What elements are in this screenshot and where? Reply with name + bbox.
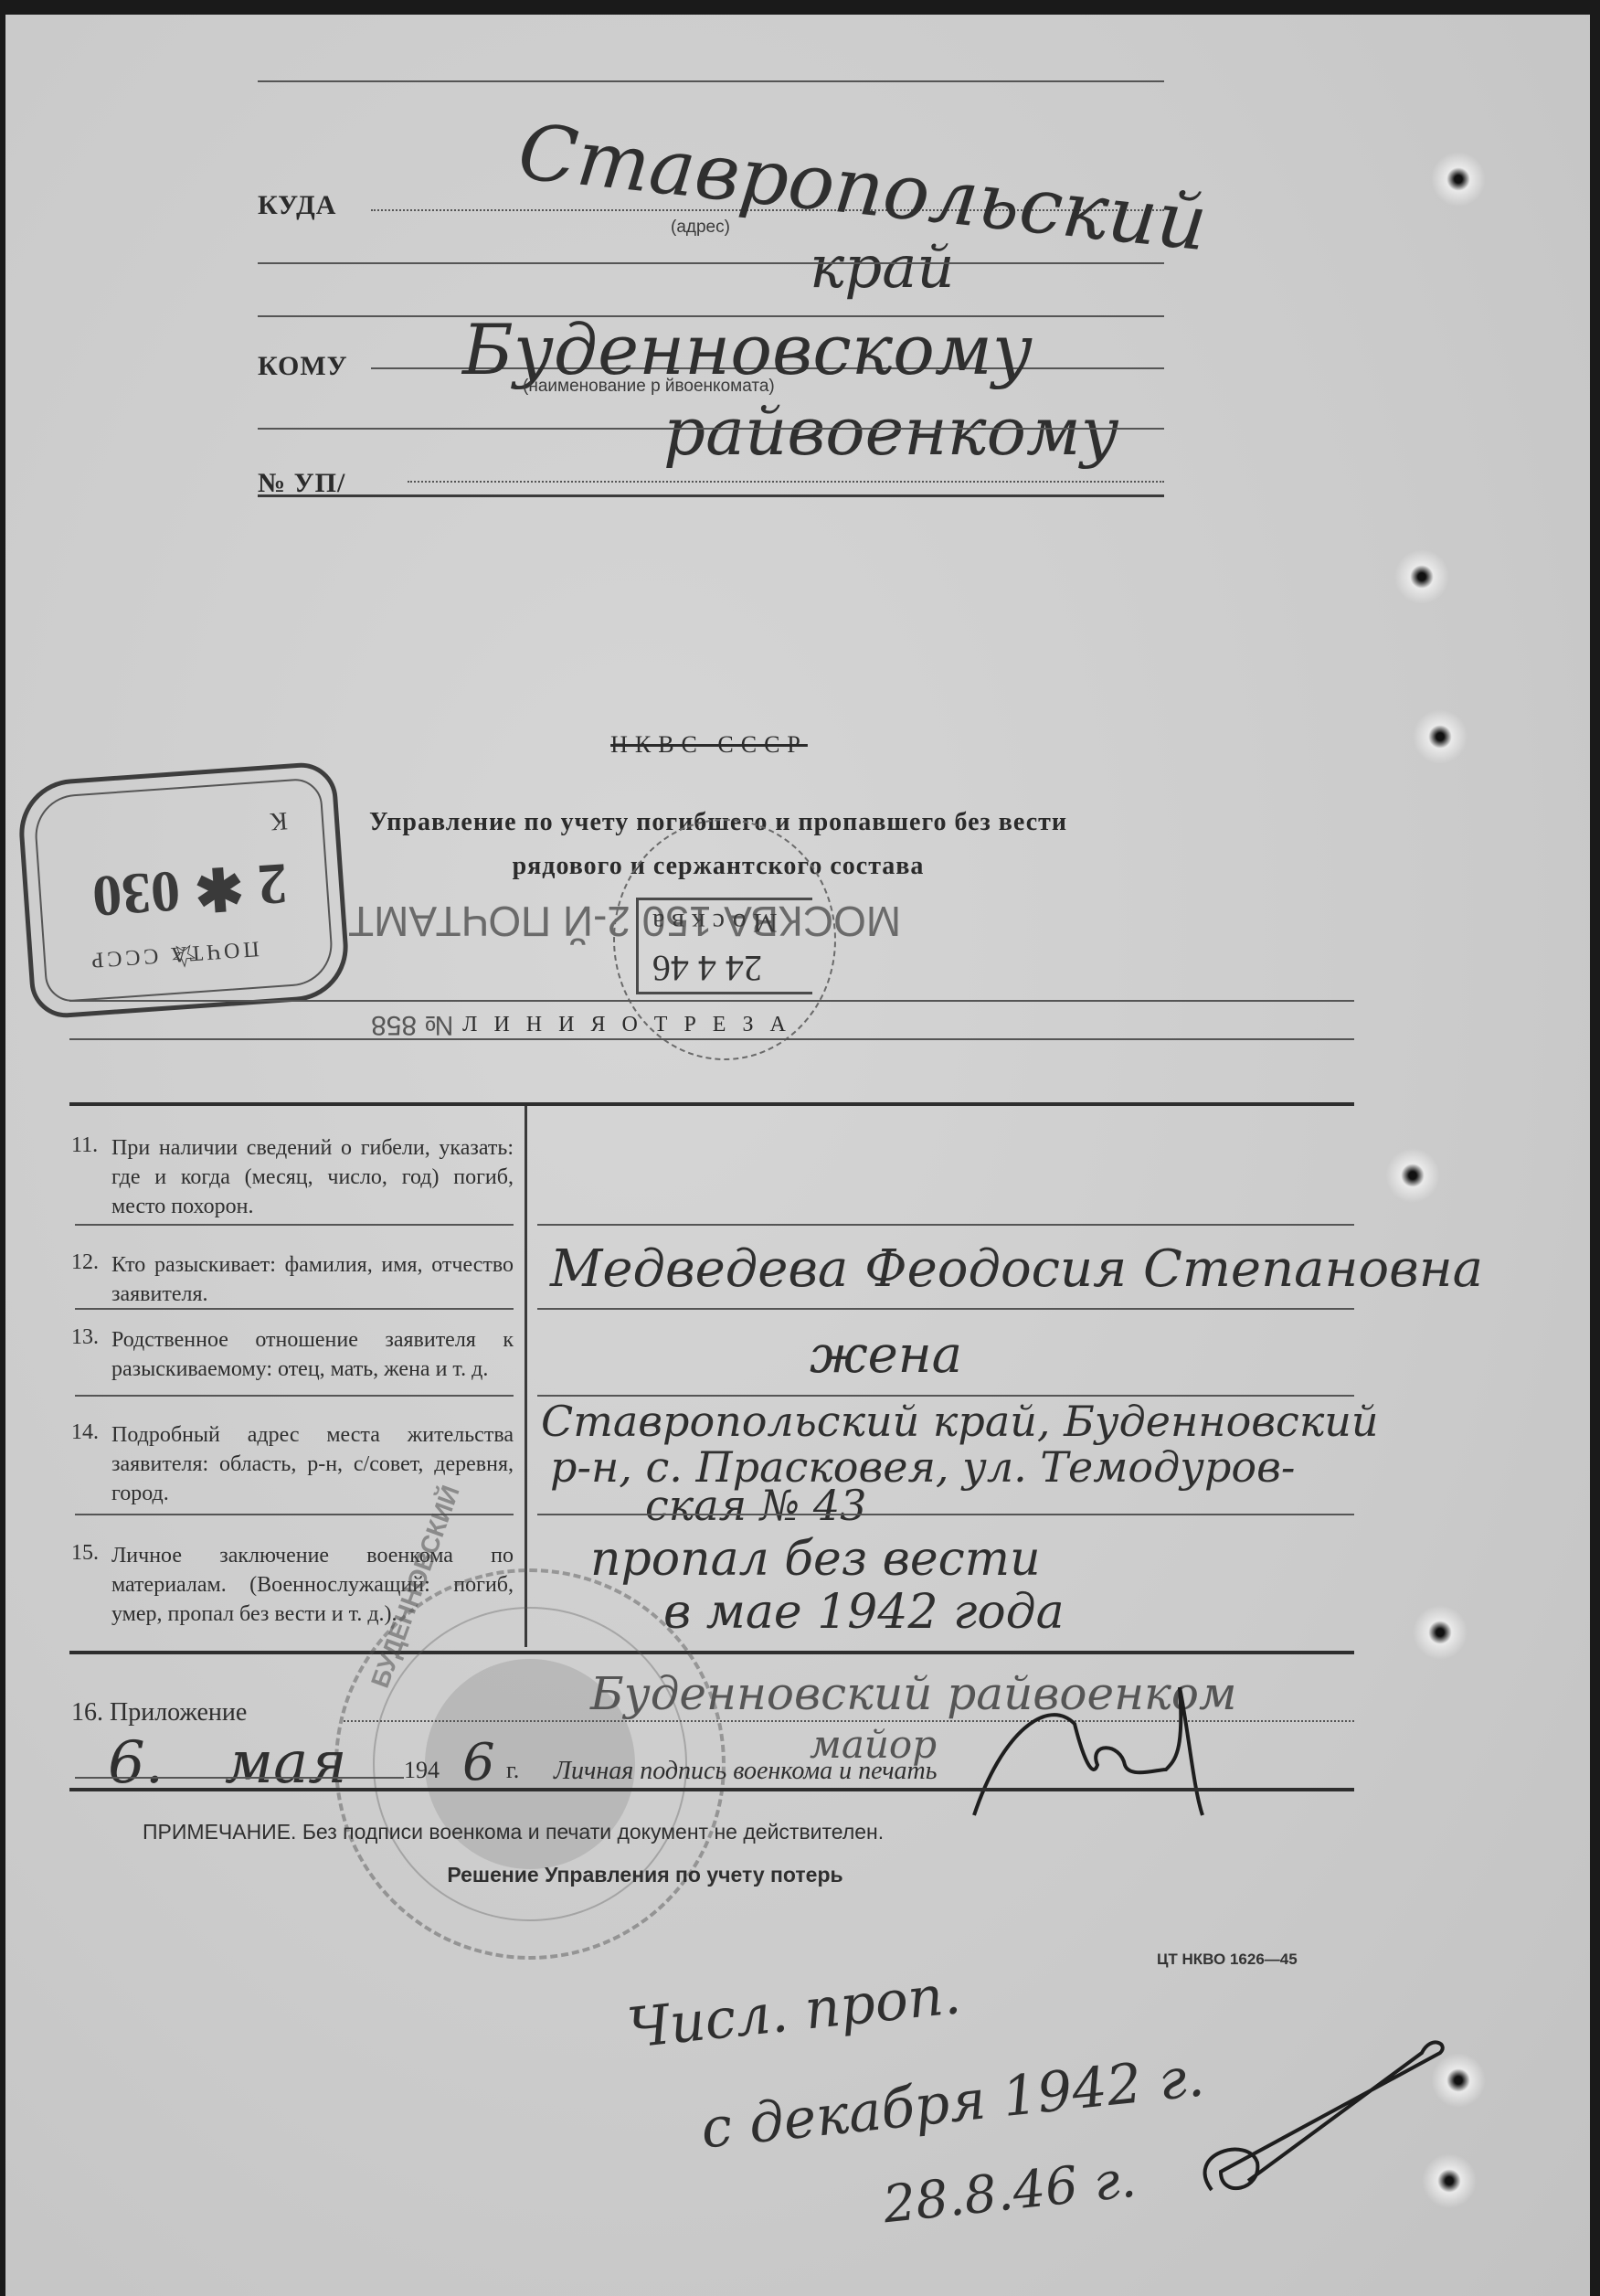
punch-hole: [1422, 2153, 1477, 2208]
decision-heading: Решение Управления по учету потерь: [280, 1863, 1011, 1887]
note: ПРИМЕЧАНИЕ. Без подписи военкома и печат…: [143, 1820, 884, 1844]
date-year-prefix: 194: [404, 1757, 440, 1784]
kuda-value-2: край: [810, 234, 955, 302]
komu-label: КОМУ: [258, 351, 348, 382]
row-12-rule-left: [75, 1308, 514, 1310]
punch-hole: [1431, 152, 1486, 207]
punch-hole: [1413, 709, 1468, 764]
row-15-answer-1: пропал без вести: [590, 1532, 1041, 1587]
postage-stamp: 2 ✱ 030 ПОЧТА СССР К ☆: [16, 760, 351, 1020]
table-column-divider: [525, 1106, 527, 1647]
row-15-number: 15.: [71, 1541, 99, 1566]
decision-line-3: 28.8.46 г.: [880, 2150, 1139, 2236]
row-11-rule-left: [75, 1224, 514, 1226]
print-code: ЦТ НКВО 1626—45: [1157, 1951, 1298, 1969]
top-rule: [258, 80, 1164, 82]
date-g: г.: [506, 1757, 519, 1784]
row-15-answer-2: в мае 1942 года: [663, 1585, 1065, 1640]
date-day: 6.: [108, 1729, 164, 1797]
row-13-answer: жена: [810, 1325, 962, 1385]
komu-line-2: [258, 428, 1164, 430]
date-year-suffix: 6: [462, 1733, 495, 1792]
signature-bottom-rule: [69, 1788, 1354, 1791]
postmark-city: Москва: [645, 907, 778, 938]
commissar-signature: [938, 1678, 1212, 1824]
header-heavy-rule: [258, 494, 1164, 497]
cut-line-label: Л И Н И Я О Т Р Е З А: [280, 1013, 974, 1037]
row-14-number: 14.: [71, 1420, 99, 1445]
signature-caption: Личная подпись военкома и печать: [554, 1757, 938, 1786]
row-12-question: Кто разыскивает: фамилия, имя, отчество …: [111, 1250, 514, 1309]
decision-line-1: Числ. проп.: [624, 1962, 963, 2061]
appendix-label: 16. Приложение: [71, 1698, 247, 1727]
row-12-number: 12.: [71, 1250, 99, 1275]
stamp-value: 2 ✱ 030: [90, 849, 290, 930]
row-14-answer-3: ская № 43: [645, 1481, 866, 1530]
row-14-rule-right: [537, 1514, 1354, 1515]
row-12-answer: Медведева Феодосия Степановна: [550, 1239, 1483, 1299]
adres-caption: (адрес): [671, 218, 730, 238]
row-12-rule-right: [537, 1308, 1354, 1310]
row-15-bottom-rule: [69, 1651, 1354, 1654]
cut-rule-bottom: [69, 1038, 1354, 1040]
row-11-number: 11.: [71, 1133, 98, 1158]
table-top-rule: [69, 1102, 1354, 1106]
date-month: мая: [225, 1729, 347, 1797]
star-icon: ☆: [169, 936, 199, 974]
kuda-line-2: [258, 262, 1164, 264]
cut-rule-top: [69, 1000, 1354, 1002]
postmark-date: 24 4 46: [652, 947, 762, 990]
row-11-question: При наличии сведений о гибели, указать: …: [111, 1133, 514, 1221]
org-title: НКВС СССР: [535, 731, 883, 759]
stamp-suffix: К: [270, 805, 289, 835]
row-13-rule-left: [75, 1395, 514, 1397]
date-line: [75, 1777, 404, 1779]
document-page: КУДА Ставропольский (адрес) край КОМУ Бу…: [5, 15, 1590, 2296]
row-13-question: Родственное отношение заявителя к разыск…: [111, 1325, 514, 1384]
up-line: [408, 481, 1164, 483]
punch-hole: [1431, 2053, 1486, 2108]
row-13-number: 13.: [71, 1325, 99, 1350]
row-14-answer-1: Ставропольский край, Буденновский: [541, 1397, 1379, 1446]
punch-hole: [1385, 1148, 1440, 1203]
kuda-label: КУДА: [258, 190, 336, 221]
row-11-rule-right: [537, 1224, 1354, 1226]
punch-hole: [1394, 549, 1449, 604]
decision-line-2: с декабря 1942 г.: [698, 2045, 1207, 2161]
komu-value-2: райвоенкому: [663, 393, 1118, 470]
punch-hole: [1413, 1605, 1468, 1660]
